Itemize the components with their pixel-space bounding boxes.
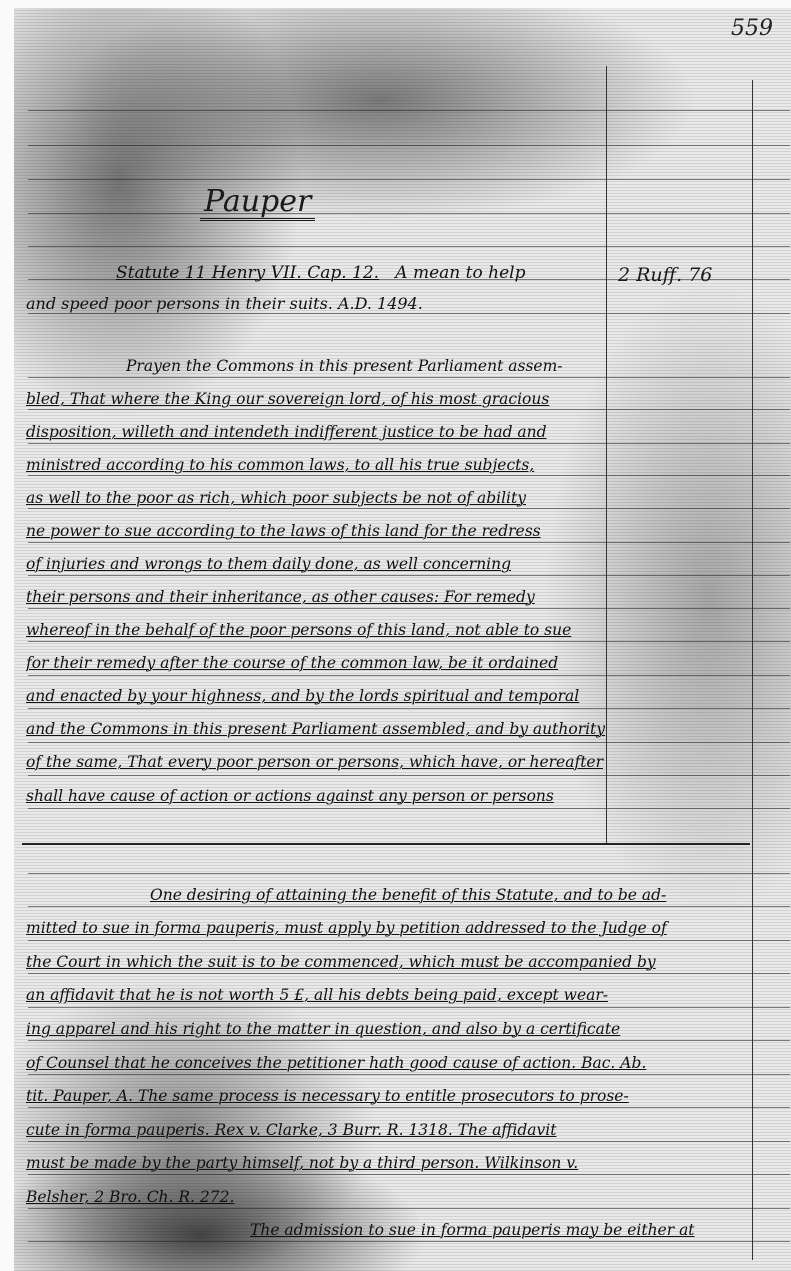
statute-text-line: disposition, willeth and intendeth indif… bbox=[26, 422, 611, 442]
statute-text-line: as well to the poor as rich, which poor … bbox=[26, 488, 611, 508]
manuscript-page: 559 Pauper Statute 11 Henry VII. Cap. 12… bbox=[0, 0, 791, 1271]
statute-description-continued: and speed poor persons in their suits. A… bbox=[26, 294, 611, 314]
commentary-text-line: an affidavit that he is not worth 5 £, a… bbox=[26, 985, 761, 1005]
statute-citation: Statute 11 Henry VII. Cap. 12. bbox=[116, 263, 379, 283]
commentary-text-line: cute in forma pauperis. Rex v. Clarke, 3… bbox=[26, 1120, 761, 1140]
outer-margin-line bbox=[752, 80, 753, 1260]
commentary-text-line: The admission to sue in forma pauperis m… bbox=[250, 1220, 750, 1240]
statute-text-line: for their remedy after the course of the… bbox=[26, 653, 611, 673]
statute-text-line: Prayen the Commons in this present Parli… bbox=[126, 356, 606, 376]
commentary-text-line: of Counsel that he conceives the petitio… bbox=[26, 1053, 761, 1073]
statute-text-line: shall have cause of action or actions ag… bbox=[26, 786, 611, 806]
section-separator bbox=[22, 843, 750, 845]
commentary-text-line: ing apparel and his right to the matter … bbox=[26, 1019, 761, 1039]
statute-text-line: and enacted by your highness, and by the… bbox=[26, 686, 611, 706]
statute-text-line: bled, That where the King our sovereign … bbox=[26, 389, 611, 409]
statute-text-line: of injuries and wrongs to them daily don… bbox=[26, 554, 611, 574]
commentary-text-line: mitted to sue in forma pauperis, must ap… bbox=[26, 918, 761, 938]
statute-text-line: their persons and their inheritance, as … bbox=[26, 587, 611, 607]
commentary-text-line: the Court in which the suit is to be com… bbox=[26, 952, 761, 972]
statute-text-line: and the Commons in this present Parliame… bbox=[26, 719, 611, 739]
page-number: 559 bbox=[731, 16, 773, 41]
statute-text-line: ministred according to his common laws, … bbox=[26, 455, 611, 475]
scan-border-top bbox=[0, 0, 791, 8]
commentary-text-line: One desiring of attaining the benefit of… bbox=[150, 885, 750, 905]
statute-text-line: whereof in the behalf of the poor person… bbox=[26, 620, 611, 640]
margin-reference: 2 Ruff. 76 bbox=[618, 264, 712, 286]
commentary-text-line: Belsher, 2 Bro. Ch. R. 272. bbox=[26, 1187, 761, 1207]
commentary-text-line: must be made by the party himself, not b… bbox=[26, 1153, 761, 1173]
statute-description: A mean to help bbox=[395, 263, 525, 283]
statute-text-line: of the same, That every poor person or p… bbox=[26, 752, 611, 772]
statute-citation-line: Statute 11 Henry VII. Cap. 12. A mean to… bbox=[116, 263, 606, 283]
page-title: Pauper bbox=[200, 186, 315, 221]
statute-text-line: ne power to sue according to the laws of… bbox=[26, 521, 611, 541]
scan-border-left bbox=[0, 0, 14, 1271]
commentary-text-line: tit. Pauper, A. The same process is nece… bbox=[26, 1086, 761, 1106]
